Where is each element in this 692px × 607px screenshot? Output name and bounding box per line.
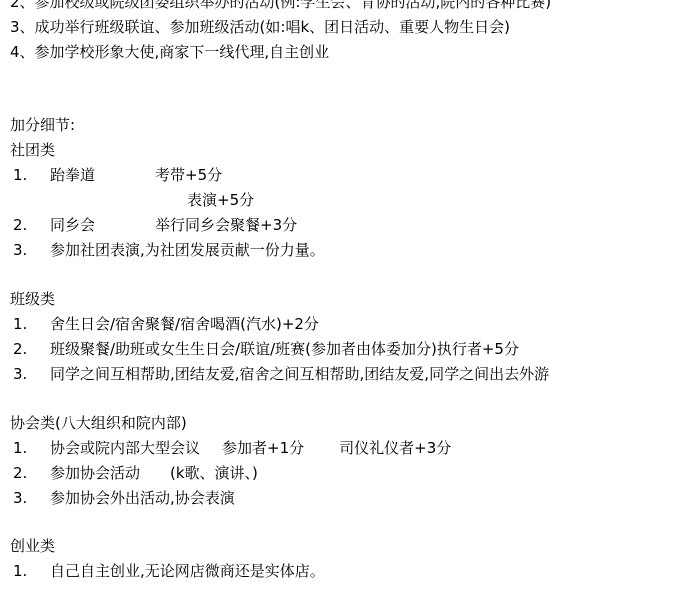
list-number: 1. — [13, 559, 50, 584]
list-text: 表演+5分 — [187, 191, 254, 209]
section-heading: 协会类(八大组织和院内部) — [0, 411, 692, 436]
list-text: 考带+5分 — [155, 166, 222, 184]
list-number: 2. — [13, 213, 50, 238]
list-number: 1. — [13, 312, 50, 337]
list-item: 1.跆拳道考带+5分 — [0, 163, 692, 188]
list-text: 舍生日会/宿舍聚餐/宿舍喝酒(汽水)+2分 — [50, 315, 319, 333]
intro-paragraph: 2、参加校级或院级团委组织举办的活动(例:学生会、青协的活动,院内的各种比赛) … — [0, 0, 692, 65]
list-number: 2. — [13, 337, 50, 362]
list-text: 参加协会外出活动,协会表演 — [50, 489, 235, 507]
list-text: 参加社团表演,为社团发展贡献一份力量。 — [50, 241, 325, 259]
document-page: 2、参加校级或院级团委组织举办的活动(例:学生会、青协的活动,院内的各种比赛) … — [0, 0, 692, 607]
list-text: 司仪礼仪者+3分 — [339, 439, 451, 457]
list-text: 同乡会 — [50, 213, 155, 238]
list-text: 协会或院内部大型会议 — [50, 439, 200, 457]
list-text: 同学之间互相帮助,团结友爱,宿舍之间互相帮助,团结友爱,同学之间出去外游 — [50, 365, 549, 383]
list-item: 1.自己自主创业,无论网店微商还是实体店。 — [0, 559, 692, 584]
list-text: (k歌、演讲、) — [170, 464, 258, 482]
list-number: 3. — [13, 238, 50, 263]
list-number: 3. — [13, 362, 50, 387]
list-item: 2.同乡会举行同乡会聚餐+3分 — [0, 213, 692, 238]
list-text: 班级聚餐/助班或女生生日会/联谊/班赛(参加者由体委加分)执行者+5分 — [50, 340, 519, 358]
list-item: 3.参加协会外出活动,协会表演 — [0, 486, 692, 511]
list-item: 3.同学之间互相帮助,团结友爱,宿舍之间互相帮助,团结友爱,同学之间出去外游 — [0, 362, 692, 387]
intro-line: 2、参加校级或院级团委组织举办的活动(例:学生会、青协的活动,院内的各种比赛) — [0, 0, 692, 15]
list-text: 参加者+1分 — [222, 439, 304, 457]
list-item: 1.舍生日会/宿舍聚餐/宿舍喝酒(汽水)+2分 — [0, 312, 692, 337]
list-item: 1.协会或院内部大型会议参加者+1分司仪礼仪者+3分 — [0, 436, 692, 461]
section-startup: 创业类 1.自己自主创业,无论网店微商还是实体店。 — [0, 534, 692, 584]
list-text: 举行同乡会聚餐+3分 — [155, 216, 297, 234]
section-class: 班级类 1.舍生日会/宿舍聚餐/宿舍喝酒(汽水)+2分 2.班级聚餐/助班或女生… — [0, 287, 692, 387]
list-item: 3.参加社团表演,为社团发展贡献一份力量。 — [0, 238, 692, 263]
doc-title: 加分细节: — [0, 113, 692, 138]
section-club: 社团类 1.跆拳道考带+5分 表演+5分 2.同乡会举行同乡会聚餐+3分 3.参… — [0, 138, 692, 263]
list-number: 2. — [13, 461, 50, 486]
section-association: 协会类(八大组织和院内部) 1.协会或院内部大型会议参加者+1分司仪礼仪者+3分… — [0, 411, 692, 511]
list-number: 3. — [13, 486, 50, 511]
list-item: 2.参加协会活动(k歌、演讲、) — [0, 461, 692, 486]
list-subline: 表演+5分 — [0, 188, 692, 213]
section-heading: 创业类 — [0, 534, 692, 559]
list-text: 跆拳道 — [50, 163, 155, 188]
list-item: 2.班级聚餐/助班或女生生日会/联谊/班赛(参加者由体委加分)执行者+5分 — [0, 337, 692, 362]
list-text: 参加协会活动 — [50, 464, 140, 482]
section-heading: 班级类 — [0, 287, 692, 312]
list-number: 1. — [13, 163, 50, 188]
list-text: 自己自主创业,无论网店微商还是实体店。 — [50, 562, 325, 580]
section-heading: 社团类 — [0, 138, 692, 163]
list-number: 1. — [13, 436, 50, 461]
intro-line: 4、参加学校形象大使,商家下一线代理,自主创业 — [0, 40, 692, 65]
intro-line: 3、成功举行班级联谊、参加班级活动(如:唱k、团日活动、重要人物生日会) — [0, 15, 692, 40]
